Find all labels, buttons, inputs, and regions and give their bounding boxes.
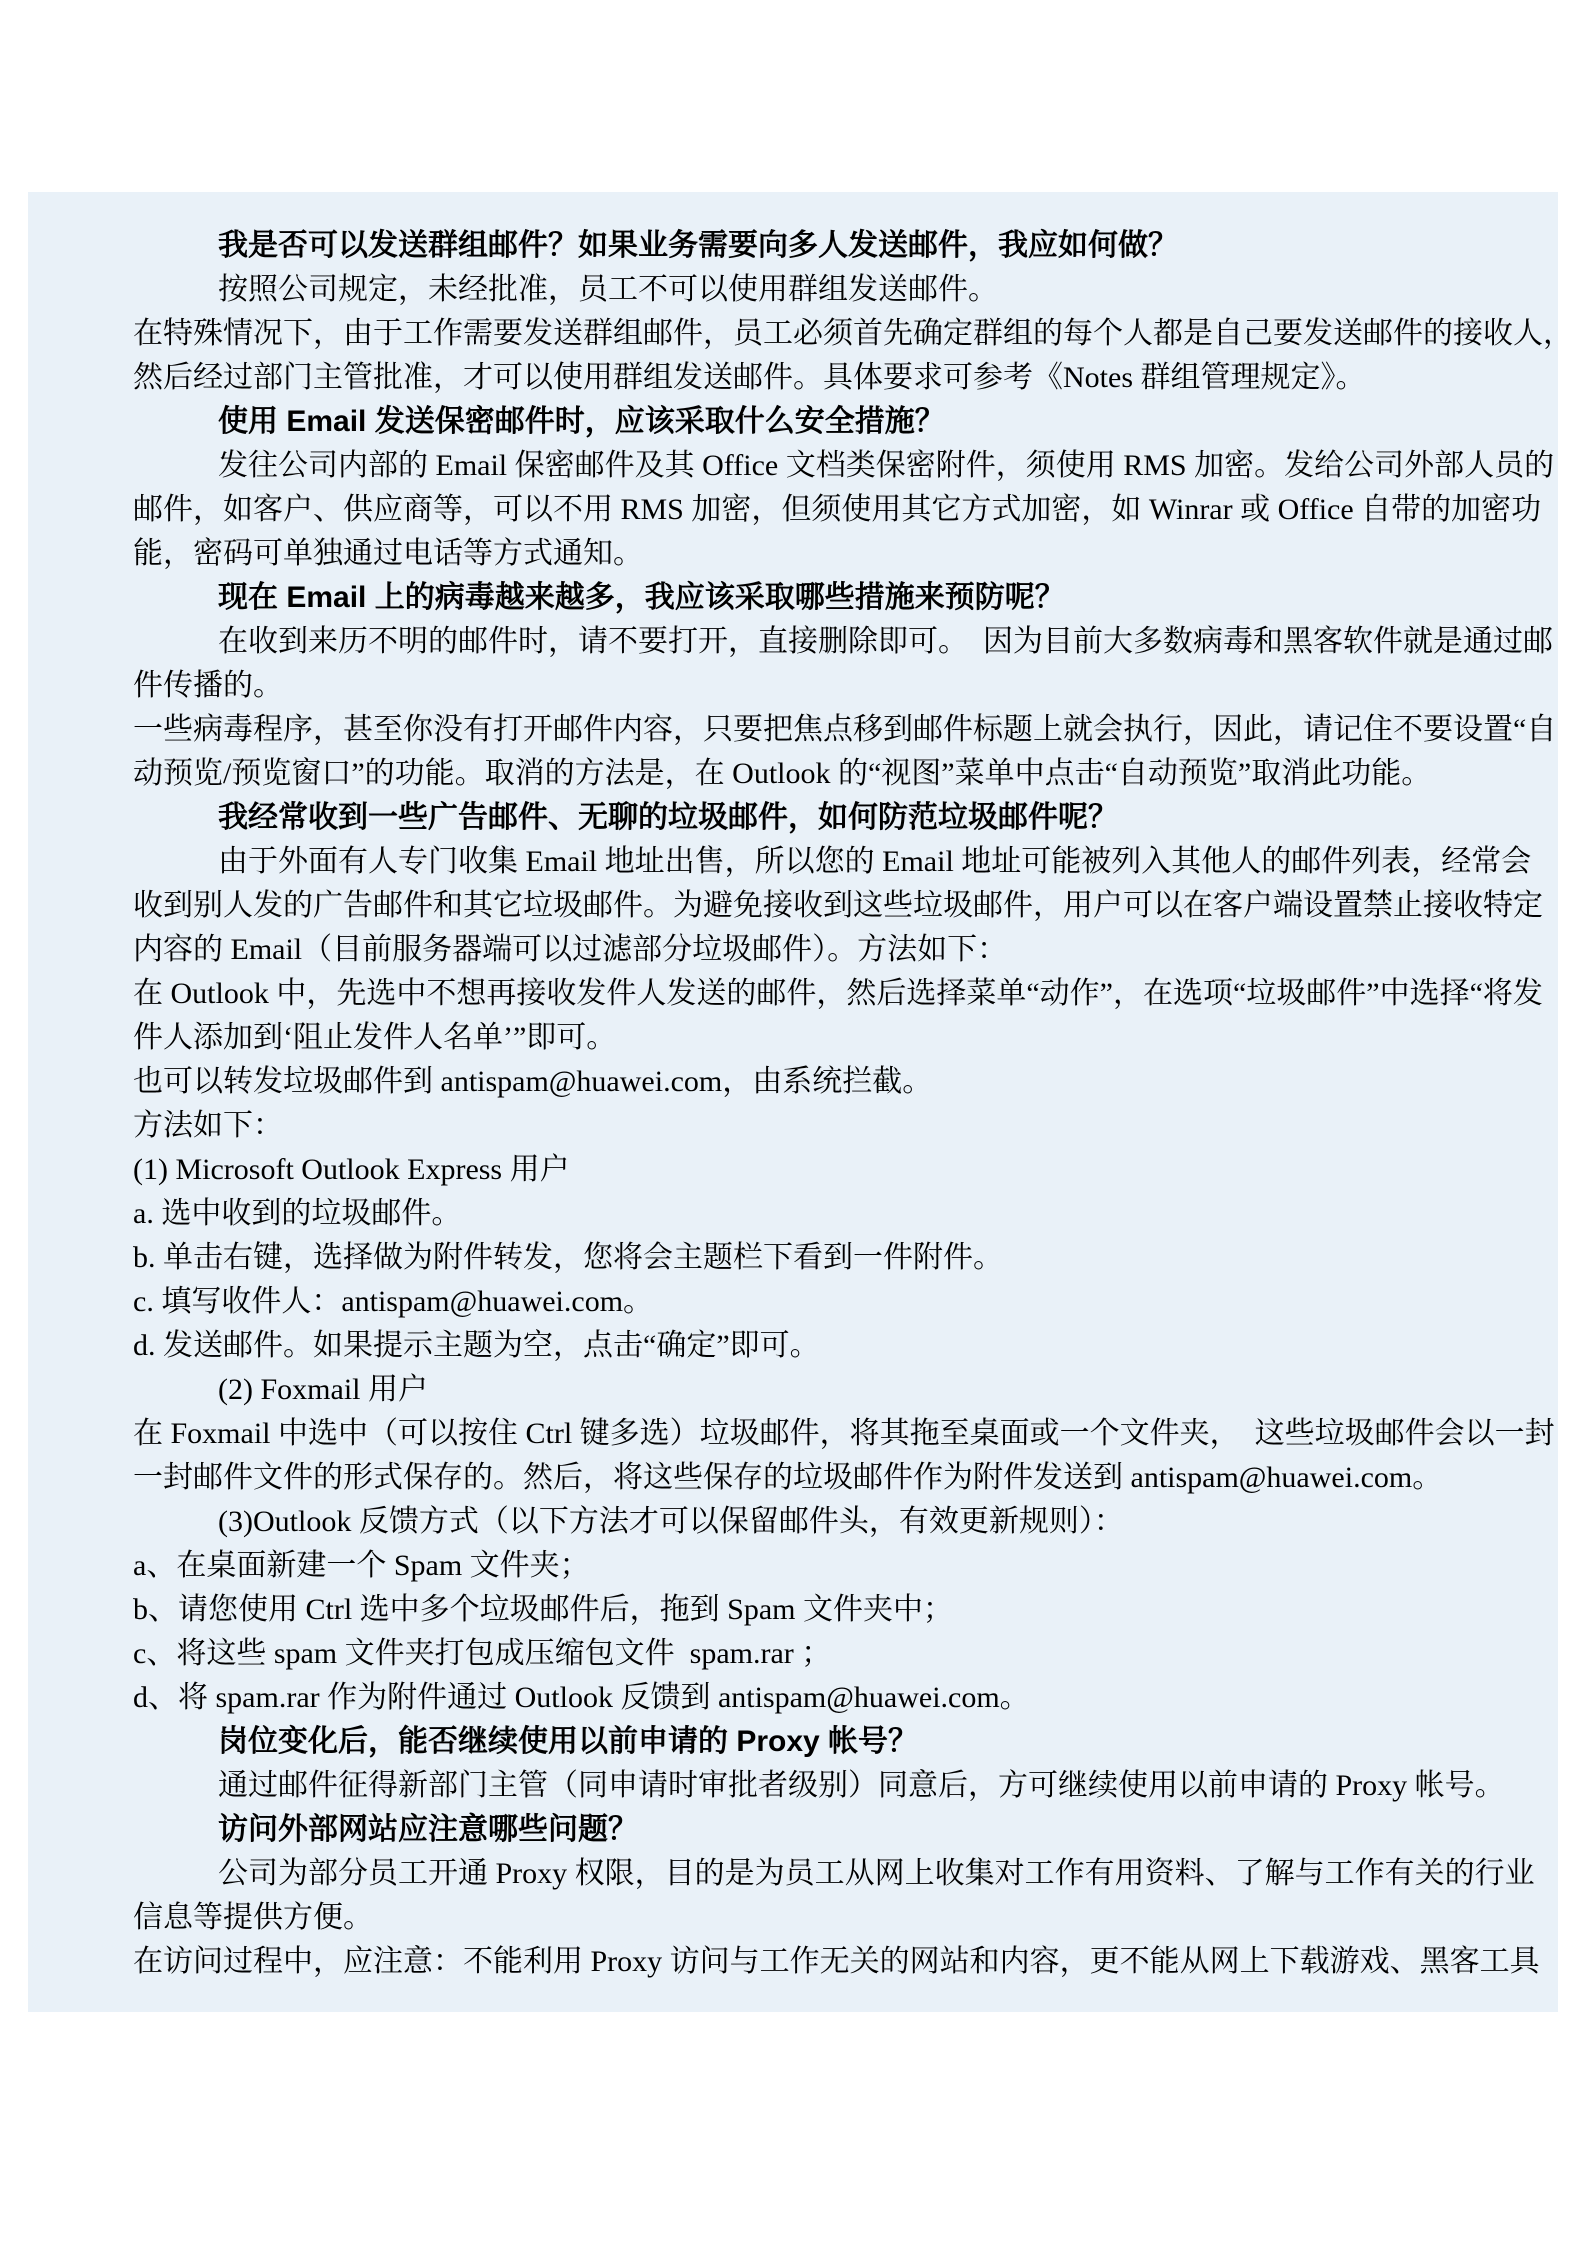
question-heading: 我经常收到一些广告邮件、无聊的垃圾邮件，如何防范垃圾邮件呢？ [133, 796, 1463, 840]
document-line: 在收到来历不明的邮件时，请不要打开，直接删除即可。 因为目前大多数病毒和黑客软件… [133, 620, 1463, 664]
document-line: 也可以转发垃圾邮件到 antispam@huawei.com，由系统拦截。 [133, 1060, 1463, 1104]
document-line: 件人添加到‘阻止发件人名单’”即可。 [133, 1016, 1463, 1060]
document-line: (2) Foxmail 用户 [133, 1368, 1463, 1412]
document-line: 公司为部分员工开通 Proxy 权限，目的是为员工从网上收集对工作有用资料、了解… [133, 1852, 1463, 1896]
document-line: 然后经过部门主管批准，才可以使用群组发送邮件。具体要求可参考《Notes 群组管… [133, 356, 1463, 400]
document-line: 信息等提供方便。 [133, 1896, 1463, 1940]
document-line: 方法如下： [133, 1104, 1463, 1148]
document-line: 邮件，如客户、供应商等，可以不用 RMS 加密，但须使用其它方式加密，如 Win… [133, 488, 1463, 532]
question-heading: 使用 Email 发送保密邮件时，应该采取什么安全措施？ [133, 400, 1463, 444]
document-line: 动预览/预览窗口”的功能。取消的方法是，在 Outlook 的“视图”菜单中点击… [133, 752, 1463, 796]
document-line: 在 Outlook 中，先选中不想再接收发件人发送的邮件，然后选择菜单“动作”，… [133, 972, 1463, 1016]
document-line: c. 填写收件人：antispam@huawei.com。 [133, 1280, 1463, 1324]
document-line: 一些病毒程序，甚至你没有打开邮件内容，只要把焦点移到邮件标题上就会执行，因此，请… [133, 708, 1463, 752]
document-line: 在特殊情况下，由于工作需要发送群组邮件，员工必须首先确定群组的每个人都是自己要发… [133, 312, 1463, 356]
document-line: d. 发送邮件。如果提示主题为空，点击“确定”即可。 [133, 1324, 1463, 1368]
document-line: a. 选中收到的垃圾邮件。 [133, 1192, 1463, 1236]
document-line: 按照公司规定，未经批准，员工不可以使用群组发送邮件。 [133, 268, 1463, 312]
document-line: 在 Foxmail 中选中（可以按住 Ctrl 键多选）垃圾邮件，将其拖至桌面或… [133, 1412, 1463, 1456]
document-line: 发往公司内部的 Email 保密邮件及其 Office 文档类保密附件，须使用 … [133, 444, 1463, 488]
document-line: 由于外面有人专门收集 Email 地址出售，所以您的 Email 地址可能被列入… [133, 840, 1463, 884]
document-line: 通过邮件征得新部门主管（同申请时审批者级别）同意后，方可继续使用以前申请的 Pr… [133, 1764, 1463, 1808]
document-line: 件传播的。 [133, 664, 1463, 708]
document-line: 收到别人发的广告邮件和其它垃圾邮件。为避免接收到这些垃圾邮件，用户可以在客户端设… [133, 884, 1463, 928]
document-line: 一封邮件文件的形式保存的。然后，将这些保存的垃圾邮件作为附件发送到 antisp… [133, 1456, 1463, 1500]
question-heading: 我是否可以发送群组邮件？如果业务需要向多人发送邮件，我应如何做？ [133, 224, 1463, 268]
content-panel: 我是否可以发送群组邮件？如果业务需要向多人发送邮件，我应如何做？按照公司规定，未… [28, 192, 1558, 2012]
document-line: 在访问过程中，应注意：不能利用 Proxy 访问与工作无关的网站和内容，更不能从… [133, 1940, 1463, 1984]
document-line: (3)Outlook 反馈方式（以下方法才可以保留邮件头，有效更新规则）： [133, 1500, 1463, 1544]
question-heading: 现在 Email 上的病毒越来越多，我应该采取哪些措施来预防呢？ [133, 576, 1463, 620]
document-line: 内容的 Email（目前服务器端可以过滤部分垃圾邮件）。方法如下： [133, 928, 1463, 972]
document-line: a、在桌面新建一个 Spam 文件夹； [133, 1544, 1463, 1588]
document-line: b. 单击右键，选择做为附件转发，您将会主题栏下看到一件附件。 [133, 1236, 1463, 1280]
document-line: b、请您使用 Ctrl 选中多个垃圾邮件后，拖到 Spam 文件夹中； [133, 1588, 1463, 1632]
document-line: (1) Microsoft Outlook Express 用户 [133, 1148, 1463, 1192]
document-line: d、将 spam.rar 作为附件通过 Outlook 反馈到 antispam… [133, 1676, 1463, 1720]
document-line: c、将这些 spam 文件夹打包成压缩包文件 spam.rar ； [133, 1632, 1463, 1676]
document-text: 我是否可以发送群组邮件？如果业务需要向多人发送邮件，我应如何做？按照公司规定，未… [133, 224, 1463, 1984]
question-heading: 访问外部网站应注意哪些问题？ [133, 1808, 1463, 1852]
document-line: 能，密码可单独通过电话等方式通知。 [133, 532, 1463, 576]
question-heading: 岗位变化后，能否继续使用以前申请的 Proxy 帐号？ [133, 1720, 1463, 1764]
